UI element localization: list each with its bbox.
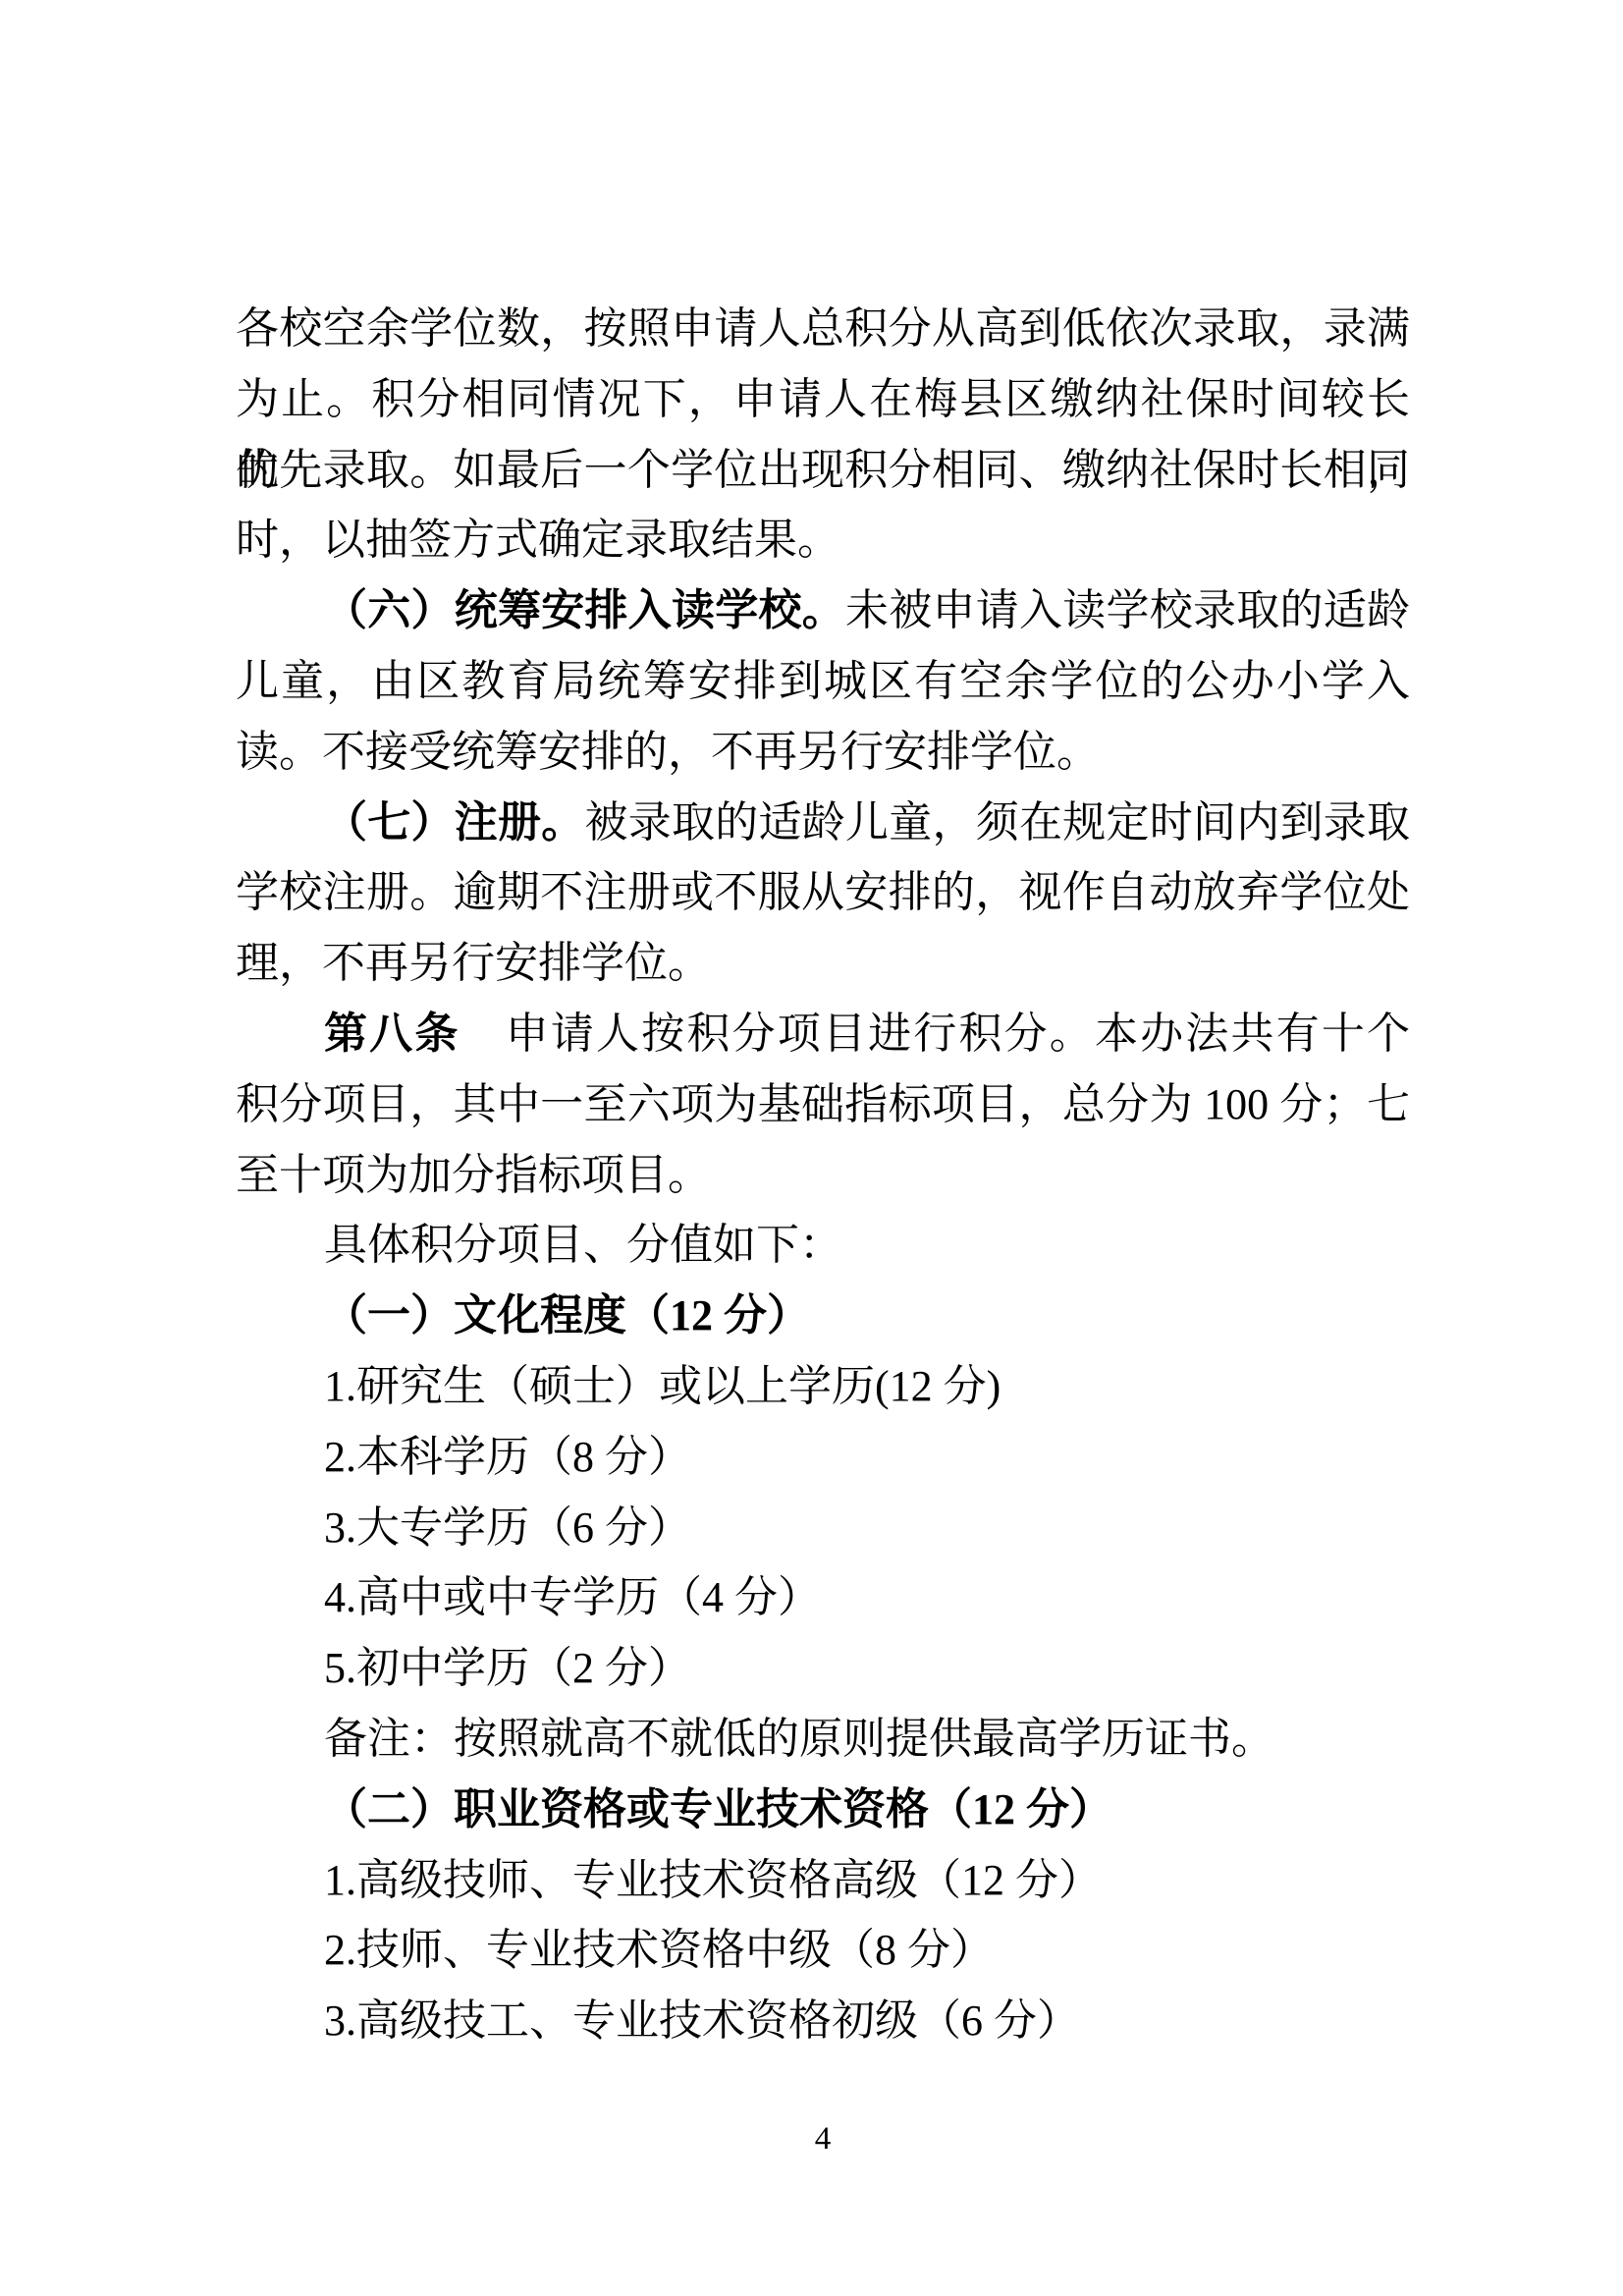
- text-line: （六）统筹安排入读学校。未被申请入读学校录取的适龄: [236, 575, 1410, 646]
- text-line: 优先录取。如最后一个学位出现积分相同、缴纳社保时长相同: [236, 435, 1410, 506]
- bold-text-segment: 第八条: [324, 1010, 460, 1058]
- text-segment: 2.技师、专业技术资格中级（8 分）: [324, 1926, 994, 1974]
- text-segment: 积分项目，其中一至六项为基础指标项目，总分为 100 分；七: [236, 1080, 1410, 1128]
- text-segment: 各校空余学位数，按照申请人总积分从高到低依次录取，录满: [236, 304, 1410, 353]
- text-segment: 5.初中学历（2 分）: [324, 1644, 691, 1692]
- bold-text-segment: （七）注册。: [324, 798, 585, 847]
- text-line: 5.初中学历（2 分）: [236, 1633, 1410, 1704]
- text-line: 3.大专学历（6 分）: [236, 1493, 1410, 1563]
- text-segment: 申请人按积分项目进行积分。本办法共有十个: [460, 1010, 1410, 1058]
- document-page: 各校空余学位数，按照申请人总积分从高到低依次录取，录满为止。积分相同情况下，申请…: [0, 0, 1623, 2296]
- text-segment: 3.高级技工、专业技术资格初级（6 分）: [324, 1996, 1080, 2045]
- text-line: （一）文化程度（12 分）: [236, 1281, 1410, 1351]
- text-segment: 儿童，由区教育局统筹安排到城区有空余学位的公办小学入: [236, 657, 1410, 705]
- text-line: 4.高中或中专学历（4 分）: [236, 1562, 1410, 1633]
- text-line: 1.高级技师、专业技术资格高级（12 分）: [236, 1845, 1410, 1916]
- text-segment: 学校注册。逾期不注册或不服从安排的，视作自动放弃学位处: [236, 868, 1410, 916]
- text-segment: 具体积分项目、分值如下：: [324, 1221, 842, 1269]
- text-line: 具体积分项目、分值如下：: [236, 1210, 1410, 1281]
- text-line: 时，以抽签方式确定录取结果。: [236, 505, 1410, 575]
- text-segment: 优先录取。如最后一个学位出现积分相同、缴纳社保时长相同: [236, 446, 1410, 494]
- text-line: 理，不再另行安排学位。: [236, 928, 1410, 999]
- document-body: 各校空余学位数，按照申请人总积分从高到低依次录取，录满为止。积分相同情况下，申请…: [236, 294, 1410, 2056]
- text-line: 第八条 申请人按积分项目进行积分。本办法共有十个: [236, 999, 1410, 1069]
- text-segment: 1.高级技师、专业技术资格高级（12 分）: [324, 1856, 1102, 1904]
- text-line: 2.技师、专业技术资格中级（8 分）: [236, 1915, 1410, 1986]
- text-line: 3.高级技工、专业技术资格初级（6 分）: [236, 1986, 1410, 2056]
- text-line: 1.研究生（硕士）或以上学历(12 分): [236, 1351, 1410, 1422]
- text-segment: 被录取的适龄儿童，须在规定时间内到录取: [585, 798, 1411, 847]
- text-segment: 至十项为加分指标项目。: [236, 1151, 711, 1199]
- text-segment: 1.研究生（硕士）或以上学历(12 分): [324, 1362, 1001, 1410]
- text-line: 各校空余学位数，按照申请人总积分从高到低依次录取，录满: [236, 294, 1410, 364]
- bold-text-segment: （二）职业资格或专业技术资格（12 分）: [324, 1785, 1112, 1833]
- text-line: 积分项目，其中一至六项为基础指标项目，总分为 100 分；七: [236, 1069, 1410, 1140]
- text-segment: 时，以抽签方式确定录取结果。: [236, 516, 840, 564]
- page-number: 4: [236, 2119, 1410, 2159]
- text-line: 2.本科学历（8 分）: [236, 1422, 1410, 1493]
- text-segment: 2.本科学历（8 分）: [324, 1433, 691, 1481]
- text-segment: 备注：按照就高不就低的原则提供最高学历证书。: [324, 1715, 1274, 1763]
- text-line: 至十项为加分指标项目。: [236, 1140, 1410, 1211]
- text-line: （七）注册。被录取的适龄儿童，须在规定时间内到录取: [236, 788, 1410, 858]
- text-line: 学校注册。逾期不注册或不服从安排的，视作自动放弃学位处: [236, 857, 1410, 928]
- text-segment: 4.高中或中专学历（4 分）: [324, 1573, 821, 1621]
- text-line: 读。不接受统筹安排的，不再另行安排学位。: [236, 717, 1410, 788]
- text-segment: 3.大专学历（6 分）: [324, 1503, 691, 1552]
- text-line: 备注：按照就高不就低的原则提供最高学历证书。: [236, 1704, 1410, 1775]
- text-line: （二）职业资格或专业技术资格（12 分）: [236, 1775, 1410, 1845]
- text-line: 为止。积分相同情况下，申请人在梅县区缴纳社保时间较长的，: [236, 364, 1410, 435]
- text-line: 儿童，由区教育局统筹安排到城区有空余学位的公办小学入: [236, 646, 1410, 717]
- text-segment: 未被申请入读学校录取的适龄: [845, 586, 1410, 634]
- text-segment: 读。不接受统筹安排的，不再另行安排学位。: [236, 728, 1100, 776]
- text-segment: 理，不再另行安排学位。: [236, 939, 711, 987]
- bold-text-segment: （一）文化程度（12 分）: [324, 1291, 810, 1339]
- bold-text-segment: （六）统筹安排入读学校。: [324, 586, 845, 634]
